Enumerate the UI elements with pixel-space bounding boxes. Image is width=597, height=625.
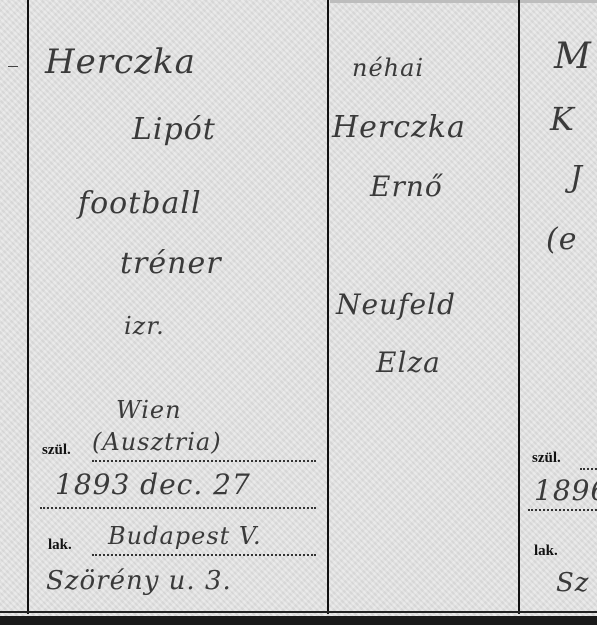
birth-date-dotted-line: [40, 507, 316, 509]
partial-birth-dotted-line: [580, 468, 597, 470]
residence-street-text: Szörény u. 3.: [46, 566, 232, 596]
column-rule-middle: [327, 0, 329, 614]
partial-line1-text: M: [554, 36, 592, 77]
residence-label: lak.: [48, 537, 72, 554]
bottom-rule: [0, 611, 597, 613]
partial-street-text: Sz: [556, 568, 590, 598]
birth-date-text: 1893 dec. 27: [55, 468, 251, 501]
father-surname-text: Herczka: [332, 110, 466, 145]
column-rule-left: [27, 0, 29, 614]
given-name-text: Lipót: [132, 112, 216, 147]
residence-city-text: Budapest V.: [108, 522, 262, 550]
status-text: néhai: [352, 54, 424, 82]
partial-residence-label: lak.: [534, 543, 558, 560]
bride-entry-column-partial: M K J (e szül. 1896 lak. Sz: [520, 0, 597, 611]
partial-line4-text: (e: [546, 222, 577, 257]
occupation-line2-text: tréner: [120, 246, 222, 281]
surname-text: Herczka: [45, 42, 196, 82]
partial-birth-year-text: 1896: [534, 474, 597, 507]
religion-text: izr.: [124, 312, 165, 340]
partial-birth-date-dotted-line: [528, 509, 597, 511]
margin-dash: [8, 66, 18, 67]
occupation-line1-text: football: [78, 186, 202, 221]
birth-label: szül.: [42, 442, 71, 459]
partial-line2-text: K: [550, 100, 575, 138]
partial-birth-label: szül.: [532, 450, 561, 467]
birth-place-dotted-line: [92, 460, 316, 462]
birth-country-text: (Ausztria): [92, 428, 222, 456]
partial-line3-text: J: [570, 160, 583, 195]
bottom-border-bar: [0, 616, 597, 625]
mother-given-name-text: Elza: [376, 346, 441, 379]
residence-dotted-line: [92, 554, 316, 556]
birth-city-text: Wien: [116, 396, 182, 424]
mother-surname-text: Neufeld: [336, 288, 456, 321]
father-given-name-text: Ernő: [370, 170, 443, 203]
